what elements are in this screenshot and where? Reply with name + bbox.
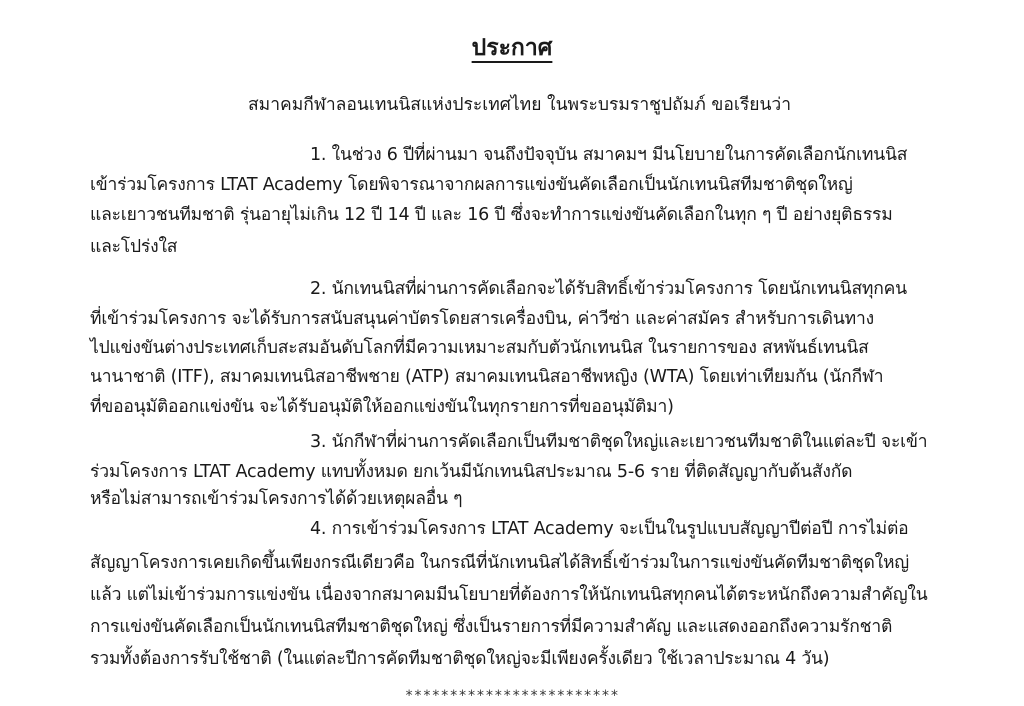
paragraph-line: รวมทั้งต้องการรับใช้ชาติ (ในแต่ละปีการคั… [90,644,829,672]
paragraph-line: 4. การเข้าร่วมโครงการ LTAT Academy จะเป็… [310,514,908,542]
paragraph-line: 1. ในช่วง 6 ปีที่ผ่านมา จนถึงปัจจุบัน สม… [310,140,907,168]
paragraph-line: แล้ว แต่ไม่เข้าร่วมการแข่งขัน เนื่องจากส… [90,580,928,608]
paragraph-line: การแข่งขันคัดเลือกเป็นนักเทนนิสทีมชาติชุ… [90,612,892,640]
paragraph-line: 3. นักกีฬาที่ผ่านการคัดเลือกเป็นทีมชาติช… [310,427,927,455]
paragraph-line: ที่ขออนุมัติออกแข่งขัน จะได้รับอนุมัติให… [90,392,674,420]
paragraph-line: ร่วมโครงการ LTAT Academy แทบทั้งหมด ยกเว… [90,457,852,485]
document-subtitle: สมาคมกีฬาลอนเทนนิสแห่งประเทศไทย ในพระบรม… [248,90,791,118]
document-title: ประกาศ [0,30,1024,66]
end-marker: ************************ [0,688,1024,704]
paragraph-line: ที่เข้าร่วมโครงการ จะได้รับการสนับสนุนค่… [90,304,874,332]
paragraph-line: สัญญาโครงการเคยเกิดขึ้นเพียงกรณีเดียวคือ… [90,548,909,576]
paragraph-line: เข้าร่วมโครงการ LTAT Academy โดยพิจารณาจ… [90,170,853,198]
document-page: ประกาศ สมาคมกีฬาลอนเทนนิสแห่งประเทศไทย ใ… [0,0,1024,706]
paragraph-line: 2. นักเทนนิสที่ผ่านการคัดเลือกจะได้รับสิ… [310,274,907,302]
paragraph-line: ไปแข่งขันต่างประเทศเก็บสะสมอันดับโลกที่ม… [90,333,869,361]
paragraph-line: และโปร่งใส [90,232,177,260]
paragraph-line: นานาชาติ (ITF), สมาคมเทนนิสอาชีพชาย (ATP… [90,362,883,390]
paragraph-line: หรือไม่สามารถเข้าร่วมโครงการได้ด้วยเหตุผ… [90,484,462,512]
paragraph-line: และเยาวชนทีมชาติ รุ่นอายุไม่เกิน 12 ปี 1… [90,200,893,228]
